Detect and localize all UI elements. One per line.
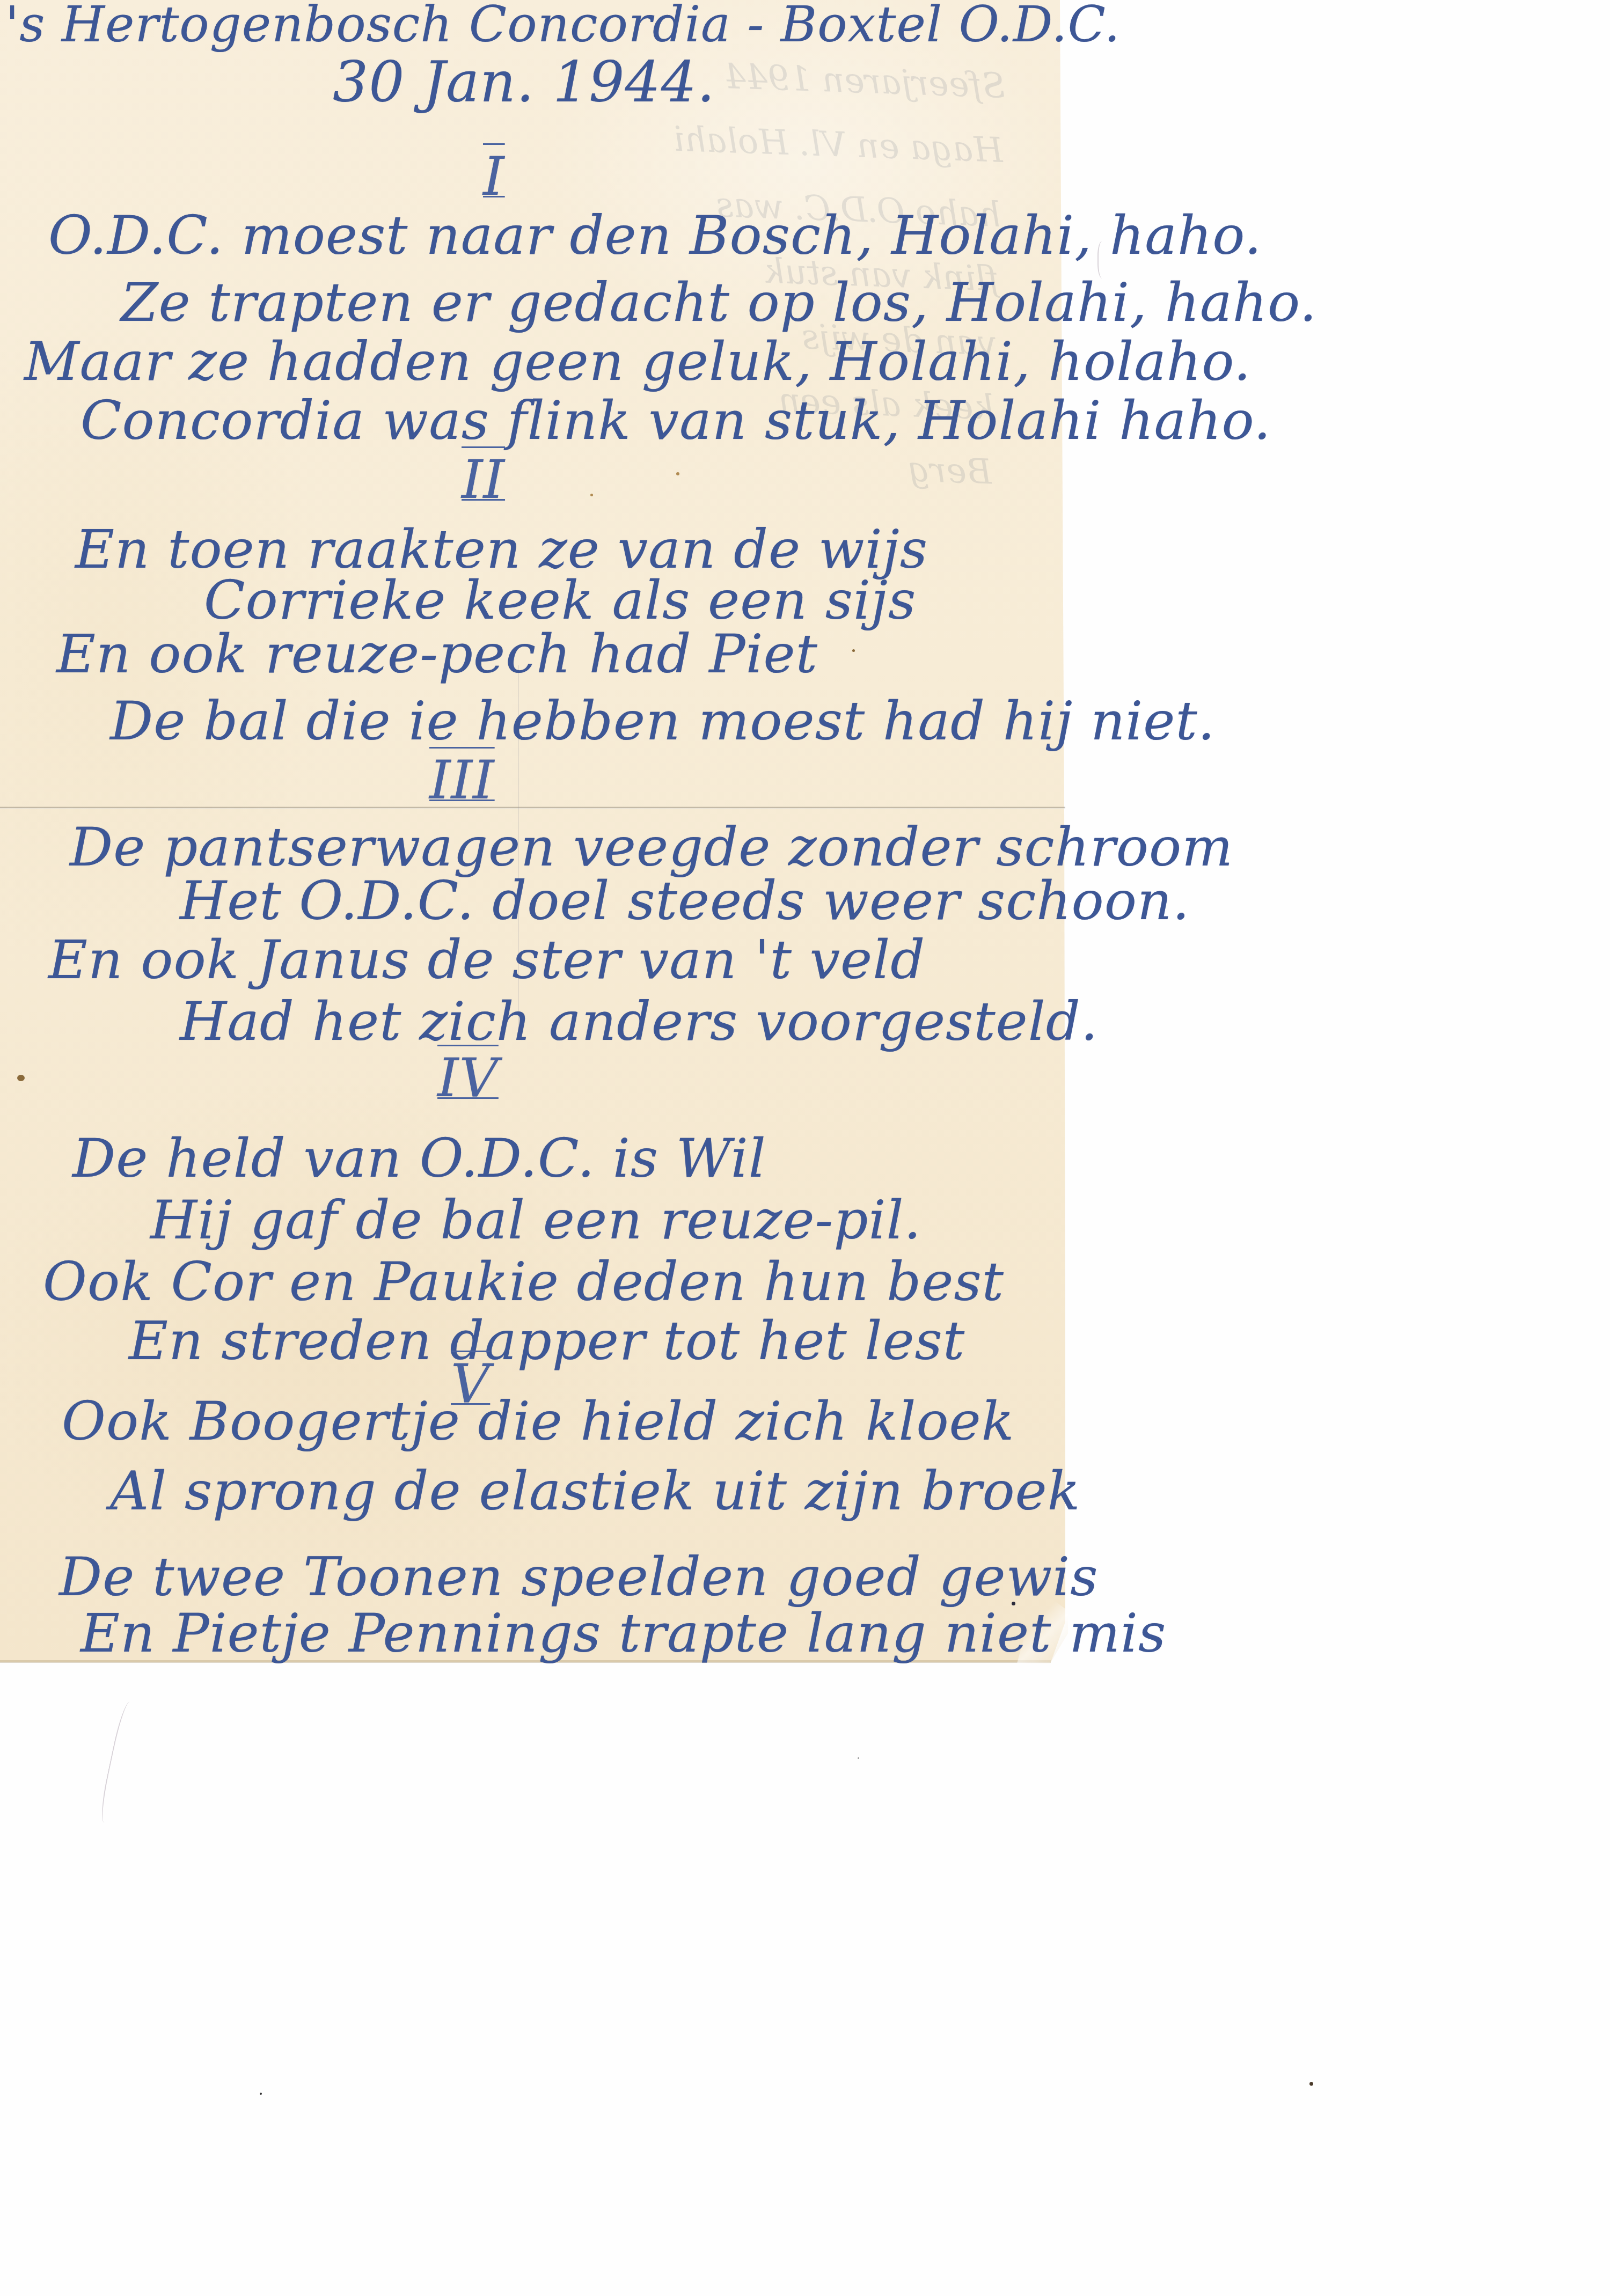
stain-speck [590, 494, 593, 496]
verse-line: De twee Toonen speelden goed gewis [59, 1545, 1099, 1608]
stain-speck [260, 2093, 262, 2095]
verse-line: En ook Janus de ster van 't veld [48, 928, 925, 991]
fold-crease [0, 806, 1065, 809]
verse-line: De bal die ie hebben moest had hij niet. [110, 689, 1215, 752]
document-date: 30 Jan. 1944. [333, 49, 715, 115]
stain-speck [1309, 2082, 1313, 2086]
verse-line: En ook reuze-pech had Piet [56, 622, 818, 685]
verse-line: Maar ze hadden geen geluk, Holahi, holah… [24, 330, 1251, 393]
verse-line: De held van O.D.C. is Wil [72, 1127, 766, 1190]
stanza-numeral: I [483, 145, 505, 208]
stanza-numeral: IV [437, 1046, 499, 1109]
verse-line: Al sprong de elastiek uit zijn broek [110, 1459, 1080, 1522]
verse-line: En streden dapper tot het lest [129, 1309, 965, 1372]
stain-speck [17, 1075, 25, 1081]
stain-speck [858, 1757, 859, 1759]
verse-line: Ook Boogertje die hield zich kloek [62, 1390, 1014, 1453]
verse-line: Had het zich anders voorgesteld. [180, 990, 1099, 1053]
verse-line: Ze trapten er gedacht op los, Holahi, ha… [121, 271, 1317, 334]
scanner-hair [97, 1700, 140, 1825]
verse-line: En Pietje Pennings trapte lang niet mis [80, 1602, 1166, 1664]
stanza-numeral: II [462, 448, 505, 511]
stain-speck [852, 649, 855, 652]
stain-speck [676, 472, 679, 475]
verse-line: Het O.D.C. doel steeds weer schoon. [180, 869, 1190, 932]
document-title: 's Hertogenbosch Concordia - Boxtel O.D.… [5, 0, 1121, 53]
verse-line: Concordia was flink van stuk, Holahi hah… [80, 389, 1271, 452]
verse-line: Hij gaf de bal een reuze-pil. [150, 1189, 921, 1251]
verse-line: Ook Cor en Paukie deden hun best [43, 1250, 1004, 1313]
verse-line: O.D.C. moest naar den Bosch, Holahi, hah… [48, 204, 1262, 267]
stanza-numeral: III [429, 749, 495, 811]
